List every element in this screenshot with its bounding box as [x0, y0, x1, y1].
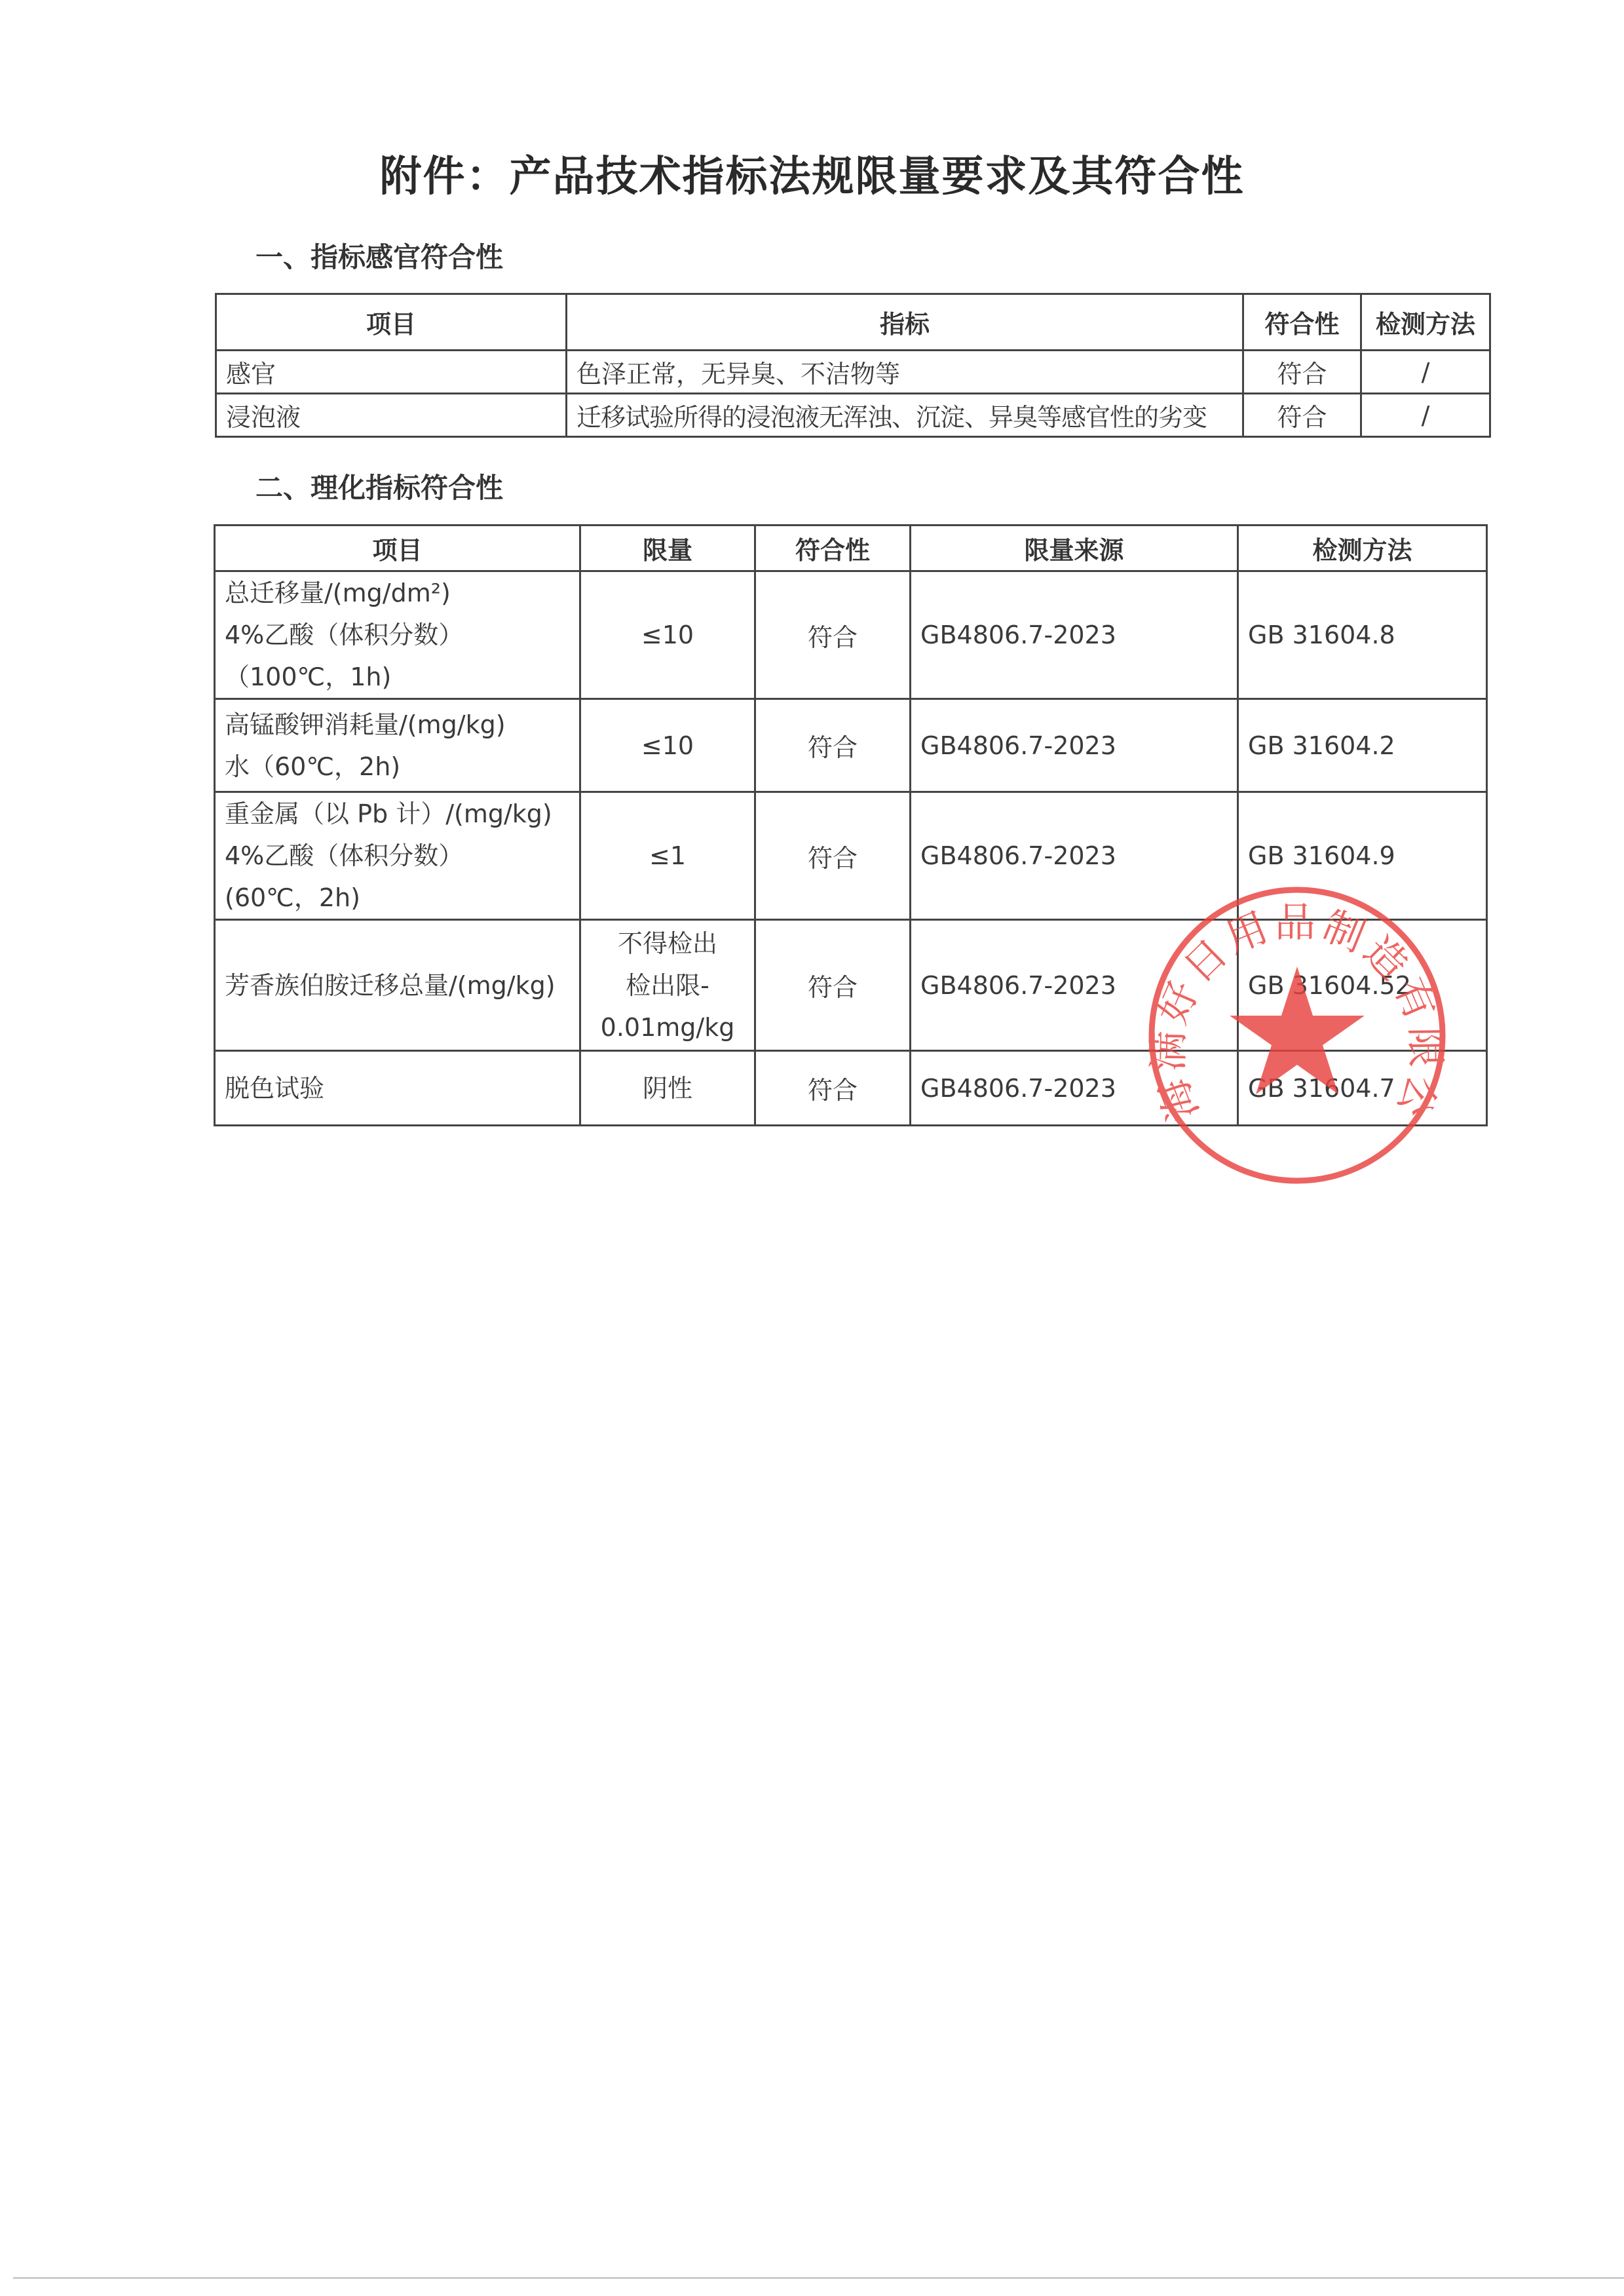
compliance-cell: 符合 — [755, 920, 911, 1051]
column-header: 项目 — [215, 526, 580, 571]
item-cell-line: 4%乙酸（体积分数） — [225, 614, 570, 656]
item-cell: 高锰酸钾消耗量/(mg/kg)水（60℃，2h) — [215, 699, 580, 792]
limit-cell: ≤10 — [580, 571, 755, 699]
table-row: 重金属（以 Pb 计）/(mg/kg)4%乙酸（体积分数）(60℃，2h)≤1符… — [215, 792, 1487, 920]
compliance-cell: 符合 — [755, 699, 911, 792]
item-cell: 总迁移量/(mg/dm²)4%乙酸（体积分数）（100℃，1h) — [215, 571, 580, 699]
item-cell-line: 总迁移量/(mg/dm²) — [225, 572, 570, 614]
table-header-row: 项目 指标 符合性 检测方法 — [216, 294, 1490, 351]
table-row: 芳香族伯胺迁移总量/(mg/kg)不得检出检出限-0.01mg/kg符合GB48… — [215, 920, 1487, 1051]
item-cell: 重金属（以 Pb 计）/(mg/kg)4%乙酸（体积分数）(60℃，2h) — [215, 792, 580, 920]
table-row: 脱色试验阴性符合GB4806.7-2023GB 31604.7 — [215, 1051, 1487, 1126]
sensory-table: 项目 指标 符合性 检测方法 感官 色泽正常，无异臭、不洁物等 符合 / 浸泡液… — [215, 293, 1491, 438]
limit-cell: 不得检出检出限-0.01mg/kg — [580, 920, 755, 1051]
item-cell-line: 重金属（以 Pb 计）/(mg/kg) — [225, 793, 570, 835]
item-cell: 脱色试验 — [215, 1051, 580, 1126]
item-cell: 芳香族伯胺迁移总量/(mg/kg) — [215, 920, 580, 1051]
column-header: 指标 — [567, 294, 1243, 351]
column-header: 检测方法 — [1238, 526, 1487, 571]
method-cell: GB 31604.7 — [1238, 1051, 1487, 1126]
page-title: 附件：产品技术指标法规限量要求及其符合性 — [0, 143, 1624, 203]
compliance-cell: 符合 — [1243, 351, 1361, 394]
method-cell: / — [1361, 394, 1490, 437]
column-header: 限量 — [580, 526, 755, 571]
source-cell: GB4806.7-2023 — [911, 1051, 1238, 1126]
source-cell: GB4806.7-2023 — [911, 571, 1238, 699]
column-header: 符合性 — [1243, 294, 1361, 351]
method-cell: GB 31604.52 — [1238, 920, 1487, 1051]
item-cell-line: 高锰酸钾消耗量/(mg/kg) — [225, 704, 570, 746]
section-heading-sensory: 一、指标感官符合性 — [255, 236, 503, 275]
item-cell-line: 脱色试验 — [225, 1067, 570, 1109]
table-row: 感官 色泽正常，无异臭、不洁物等 符合 / — [216, 351, 1490, 394]
compliance-cell: 符合 — [1243, 394, 1361, 437]
source-cell: GB4806.7-2023 — [911, 920, 1238, 1051]
item-cell-line: （100℃，1h) — [225, 656, 570, 698]
limit-cell-line: 阴性 — [590, 1067, 745, 1109]
limit-cell: ≤10 — [580, 699, 755, 792]
compliance-cell: 符合 — [755, 792, 911, 920]
page-edge — [13, 2277, 1624, 2279]
table-header-row: 项目 限量 符合性 限量来源 检测方法 — [215, 526, 1487, 571]
item-cell-line: 水（60℃，2h) — [225, 746, 570, 788]
indicator-cell: 色泽正常，无异臭、不洁物等 — [567, 351, 1243, 394]
method-cell: GB 31604.9 — [1238, 792, 1487, 920]
method-cell: / — [1361, 351, 1490, 394]
table-row: 高锰酸钾消耗量/(mg/kg)水（60℃，2h)≤10符合GB4806.7-20… — [215, 699, 1487, 792]
method-cell: GB 31604.8 — [1238, 571, 1487, 699]
item-cell-line: 芳香族伯胺迁移总量/(mg/kg) — [225, 965, 570, 1006]
limit-cell-line: ≤10 — [590, 725, 745, 767]
item-cell-line: (60℃，2h) — [225, 877, 570, 919]
limit-cell-line: 检出限- — [590, 965, 745, 1006]
compliance-cell: 符合 — [755, 1051, 911, 1126]
section-heading-physicochemical: 二、理化指标符合性 — [255, 467, 503, 506]
limit-cell-line: ≤10 — [590, 614, 745, 656]
column-header: 符合性 — [755, 526, 911, 571]
method-cell: GB 31604.2 — [1238, 699, 1487, 792]
table-row: 浸泡液 迁移试验所得的浸泡液无浑浊、沉淀、异臭等感官性的劣变 符合 / — [216, 394, 1490, 437]
item-cell: 感官 — [216, 351, 567, 394]
limit-cell-line: 不得检出 — [590, 923, 745, 965]
table-row: 总迁移量/(mg/dm²)4%乙酸（体积分数）（100℃，1h)≤10符合GB4… — [215, 571, 1487, 699]
limit-cell: 阴性 — [580, 1051, 755, 1126]
physicochemical-table: 项目 限量 符合性 限量来源 检测方法 总迁移量/(mg/dm²)4%乙酸（体积… — [214, 524, 1488, 1126]
limit-cell: ≤1 — [580, 792, 755, 920]
source-cell: GB4806.7-2023 — [911, 792, 1238, 920]
column-header: 项目 — [216, 294, 567, 351]
limit-cell-line: 0.01mg/kg — [590, 1006, 745, 1048]
indicator-cell: 迁移试验所得的浸泡液无浑浊、沉淀、异臭等感官性的劣变 — [567, 394, 1243, 437]
column-header: 检测方法 — [1361, 294, 1490, 351]
limit-cell-line: ≤1 — [590, 835, 745, 877]
compliance-cell: 符合 — [755, 571, 911, 699]
item-cell: 浸泡液 — [216, 394, 567, 437]
column-header: 限量来源 — [911, 526, 1238, 571]
item-cell-line: 4%乙酸（体积分数） — [225, 835, 570, 877]
source-cell: GB4806.7-2023 — [911, 699, 1238, 792]
